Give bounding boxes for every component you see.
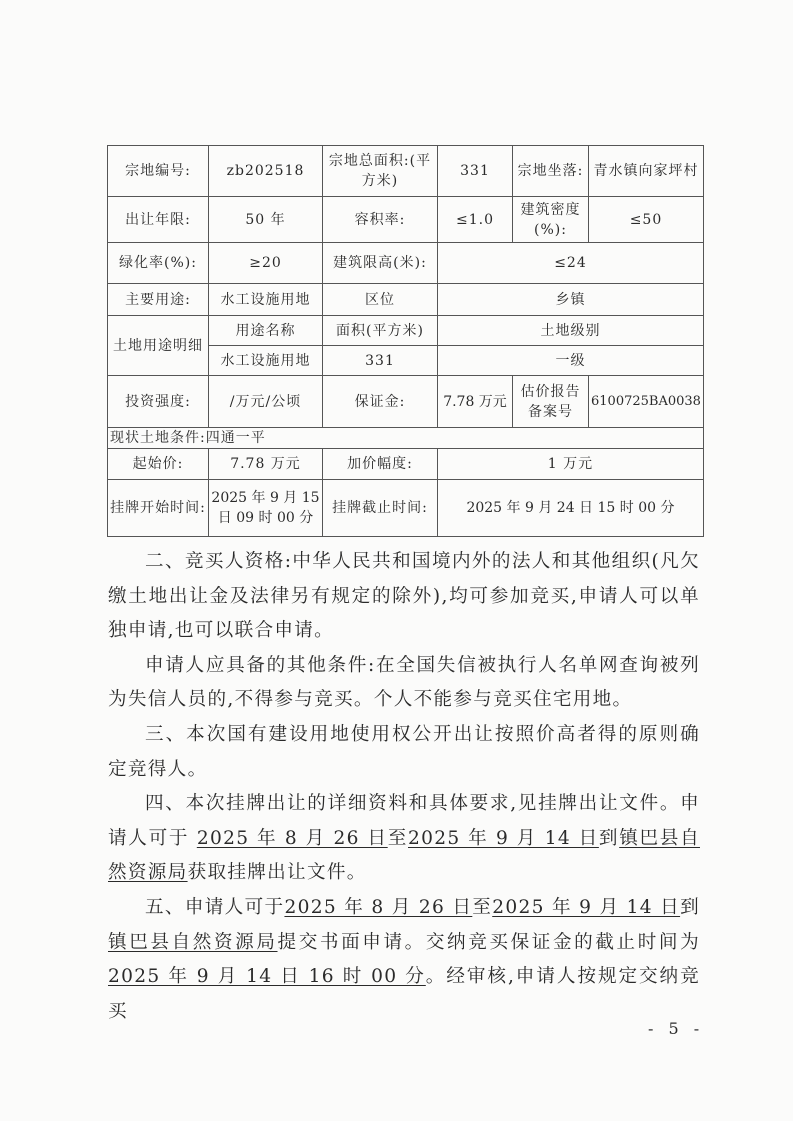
appraisal-no: 6100725BA0038 — [589, 376, 704, 428]
label-green-rate: 绿化率(%): — [108, 243, 209, 284]
label-main-use: 主要用途: — [108, 284, 209, 316]
table-row: 主要用途: 水工设施用地 区位 乡镇 — [108, 284, 704, 316]
label-term: 出让年限: — [108, 197, 209, 243]
building-density: ≤50 — [589, 197, 704, 243]
paragraph-selection-principle: 三、本次国有建设用地使用权公开出让按照价高者得的原则确定竞得人。 — [108, 718, 700, 787]
paragraph-document-acquisition: 四、本次挂牌出让的详细资料和具体要求,见挂牌出让文件。申请人可于 2025 年 … — [108, 787, 700, 891]
land-grade: 一级 — [438, 346, 704, 376]
label-plot-ratio: 容积率: — [323, 197, 438, 243]
plot-ratio: ≤1.0 — [438, 197, 513, 243]
use-area: 331 — [323, 346, 438, 376]
table-row: 宗地编号: zb202518 宗地总面积:(平方米) 331 宗地坐落: 青水镇… — [108, 146, 704, 197]
table-row: 起始价: 7.78 万元 加价幅度: 1 万元 — [108, 449, 704, 480]
date-start: 2025 年 8 月 26 日 — [197, 828, 388, 849]
date-end: 2025 年 9 月 14 日 — [492, 897, 680, 918]
land-info-table: 宗地编号: zb202518 宗地总面积:(平方米) 331 宗地坐落: 青水镇… — [107, 145, 704, 537]
paragraph-bidder-qualification: 二、竞买人资格:中华人民共和国境内外的法人和其他组织(凡欠缴土地出让金及法律另有… — [108, 545, 700, 649]
total-area: 331 — [438, 146, 513, 197]
main-use: 水工设施用地 — [209, 284, 323, 316]
table-row: 现状土地条件:四通一平 — [108, 428, 704, 449]
increment: 1 万元 — [438, 449, 704, 480]
text: 提交书面申请。交纳竞买保证金的截止时间为 — [278, 932, 700, 953]
label-parcel-id: 宗地编号: — [108, 146, 209, 197]
table-row: 出让年限: 50 年 容积率: ≤1.0 建筑密度(%): ≤50 — [108, 197, 704, 243]
page-number: - 5 - — [648, 1019, 704, 1038]
green-rate: ≥20 — [209, 243, 323, 284]
text: 到 — [599, 828, 619, 849]
label-increment: 加价幅度: — [323, 449, 438, 480]
paragraph-other-conditions: 申请人应具备的其他条件:在全国失信被执行人名单网查询被列为失信人员的,不得参与竞… — [108, 649, 700, 718]
table-row: 绿化率(%): ≥20 建筑限高(米): ≤24 — [108, 243, 704, 284]
label-total-area: 宗地总面积:(平方米) — [323, 146, 438, 197]
table-row: 投资强度: /万元/公顷 保证金: 7.78 万元 估价报告备案号 610072… — [108, 376, 704, 428]
text: 至 — [472, 897, 492, 918]
land-condition: 现状土地条件:四通一平 — [108, 428, 704, 449]
deposit-deadline: 2025 年 9 月 14 日 16 时 00 分 — [108, 966, 426, 987]
term: 50 年 — [209, 197, 323, 243]
header-use-name: 用途名称 — [209, 316, 323, 346]
date-end: 2025 年 9 月 14 日 — [408, 828, 599, 849]
label-use-detail: 土地用途明细 — [108, 316, 209, 376]
location: 青水镇向家坪村 — [589, 146, 704, 197]
body-text: 二、竞买人资格:中华人民共和国境内外的法人和其他组织(凡欠缴土地出让金及法律另有… — [108, 545, 700, 1029]
text: 到 — [680, 897, 700, 918]
date-start: 2025 年 8 月 26 日 — [284, 897, 472, 918]
zone: 乡镇 — [438, 284, 704, 316]
listing-start: 2025 年 9 月 15 日 09 时 00 分 — [209, 480, 323, 537]
label-height-limit: 建筑限高(米): — [323, 243, 438, 284]
height-limit: ≤24 — [438, 243, 704, 284]
label-appraisal-no: 估价报告备案号 — [513, 376, 589, 428]
table-row: 土地用途明细 用途名称 面积(平方米) 土地级别 — [108, 316, 704, 346]
parcel-id: zb202518 — [209, 146, 323, 197]
label-location: 宗地坐落: — [513, 146, 589, 197]
paragraph-application: 五、申请人可于2025 年 8 月 26 日至2025 年 9 月 14 日到镇… — [108, 891, 700, 1029]
organization: 镇巴县自然资源局 — [108, 932, 278, 953]
label-start-price: 起始价: — [108, 449, 209, 480]
header-land-grade: 土地级别 — [438, 316, 704, 346]
use-name: 水工设施用地 — [209, 346, 323, 376]
header-area: 面积(平方米) — [323, 316, 438, 346]
label-investment: 投资强度: — [108, 376, 209, 428]
label-building-density: 建筑密度(%): — [513, 197, 589, 243]
label-listing-start: 挂牌开始时间: — [108, 480, 209, 537]
label-deposit: 保证金: — [323, 376, 438, 428]
start-price: 7.78 万元 — [209, 449, 323, 480]
deposit: 7.78 万元 — [438, 376, 513, 428]
label-zone: 区位 — [323, 284, 438, 316]
investment: /万元/公顷 — [209, 376, 323, 428]
text: 五、申请人可于 — [145, 897, 284, 918]
text: 获取挂牌出让文件。 — [188, 862, 367, 883]
table-row: 挂牌开始时间: 2025 年 9 月 15 日 09 时 00 分 挂牌截止时间… — [108, 480, 704, 537]
text: 至 — [388, 828, 408, 849]
label-listing-end: 挂牌截止时间: — [323, 480, 438, 537]
listing-end: 2025 年 9 月 24 日 15 时 00 分 — [438, 480, 704, 537]
